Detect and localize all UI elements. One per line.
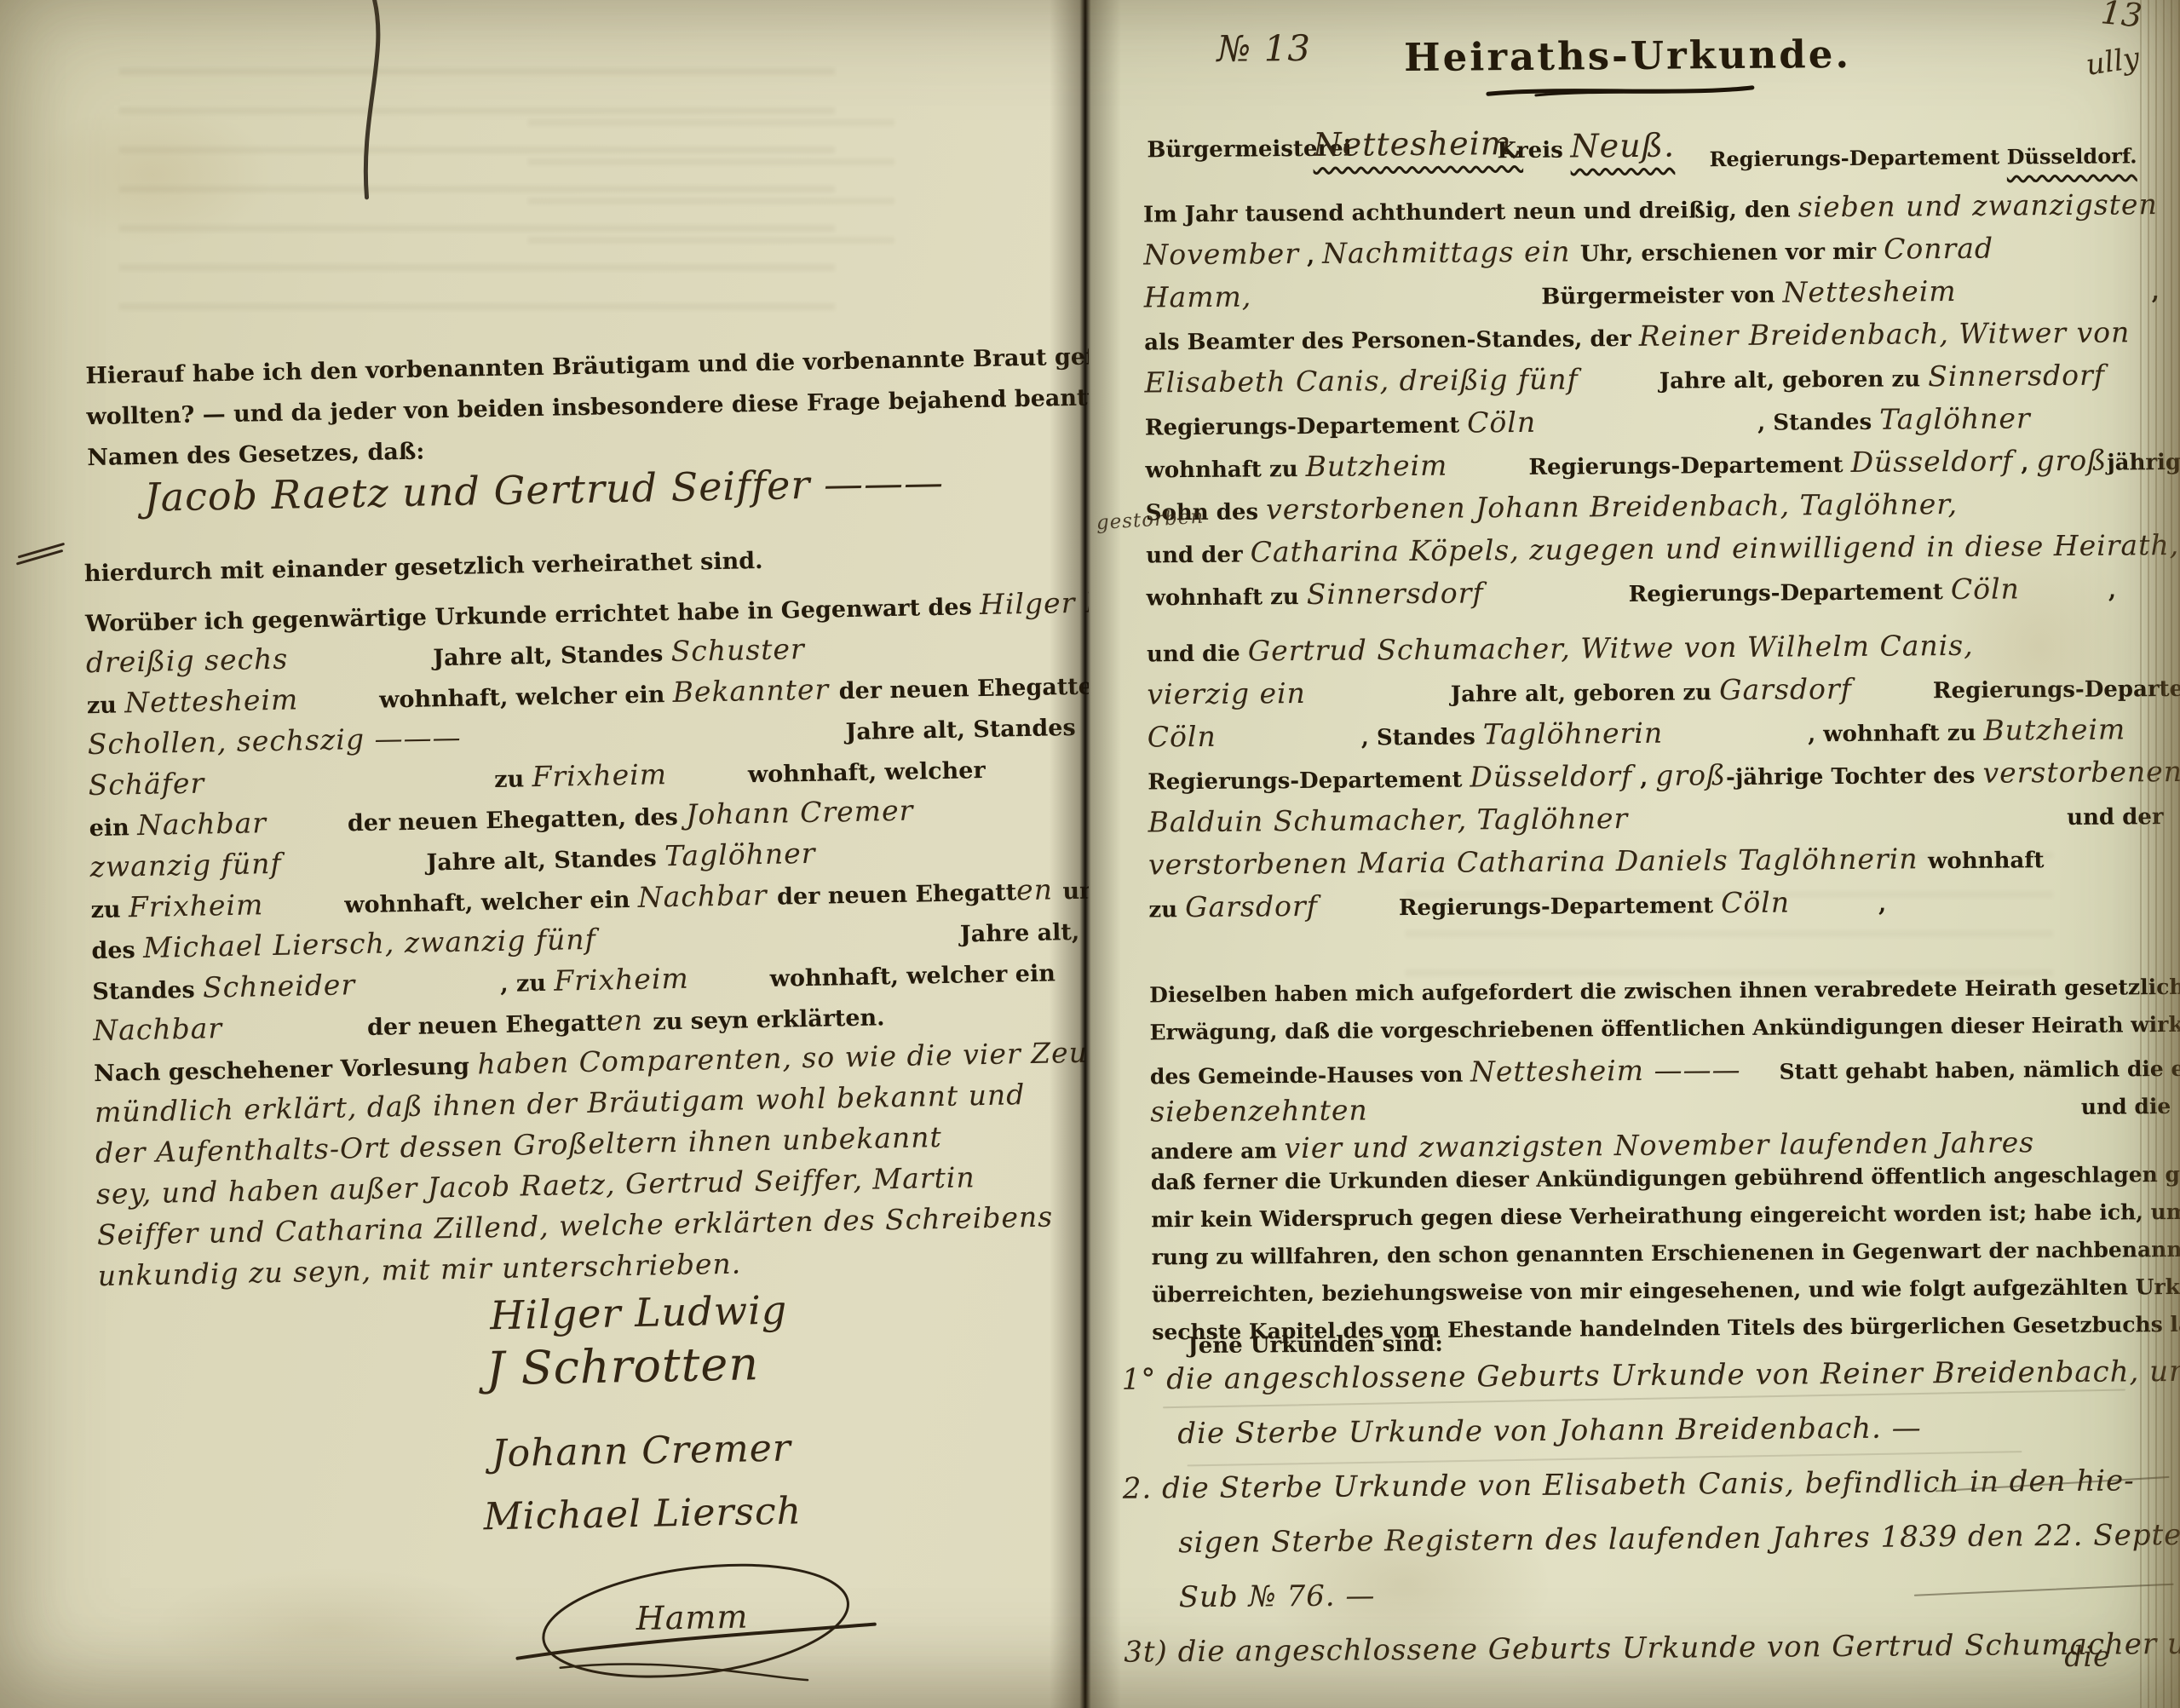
text-segment: Im Jahr tausend achthundert neun und dre… — [1143, 197, 1798, 227]
text-line: 3t) die angeschlossene Geburts Urkunde v… — [1124, 1627, 2171, 1690]
text-segment: Jahre alt, geboren zu — [1451, 680, 1720, 707]
text-line: 2. die Sterbe Urkunde von Elisabeth Cani… — [1123, 1464, 2171, 1527]
text-segment: Uhr, erschienen vor mir — [1580, 239, 1884, 267]
text-segment: vierzig ein — [1147, 676, 1306, 710]
text-segment: Cöln — [1951, 572, 2020, 606]
department-line: Regierungs-Departement Düsseldorf. — [1709, 143, 2137, 171]
text-segment: verstorbenen Johann Breidenbach, Taglöhn… — [1266, 487, 1958, 526]
text-segment: wohnhaft zu — [1145, 457, 1305, 483]
text-segment: Hamm, — [1144, 279, 1252, 313]
text-segment: Regierungs-Departement — [1528, 452, 1850, 480]
text-segment: , — [2152, 279, 2160, 305]
groom-paragraph: Im Jahr tausend achthundert neun und dre… — [1143, 187, 2162, 621]
text-segment: , Standes — [1361, 724, 1483, 750]
text-segment: 2. die Sterbe Urkunde von Elisabeth Cani… — [1123, 1464, 2135, 1505]
text-segment: , — [2013, 451, 2036, 476]
bleedthrough-texture — [1406, 835, 2053, 980]
text-segment: Sinnersdorf — [1928, 359, 2105, 394]
page-title: Heiraths-Urkunde. — [1337, 31, 1917, 80]
department-value: Düsseldorf. — [2007, 143, 2137, 169]
text-line: sigen Sterbe Registern des laufenden Jah… — [1178, 1518, 2171, 1580]
text-segment: Garsdorf — [1185, 889, 1318, 923]
text-segment: und die — [2081, 1094, 2171, 1119]
text-line: wohnhaft zu SinnersdorfRegierungs-Depart… — [1146, 571, 2161, 621]
text-segment: Regierungs-Departement — [1148, 767, 1470, 795]
text-segment: Sinnersdorf — [1307, 576, 1484, 611]
municipality-value: Nettesheim, — [1313, 124, 1523, 164]
text-segment: vier und zwanzigsten November laufenden … — [1284, 1125, 2034, 1165]
text-segment: des Gemeinde-Hauses von — [1150, 1061, 1470, 1089]
text-segment: -jährige Tochter des — [1726, 763, 1983, 791]
text-segment: , wohnhaft zu — [1808, 721, 1984, 748]
text-segment: , Standes — [1757, 410, 1879, 436]
text-segment: und die — [1147, 641, 1248, 668]
text-line: Sub № 76. — — [1179, 1573, 2171, 1635]
district-value: Neuß. — [1570, 127, 1675, 165]
district-label: Kreis — [1497, 138, 1563, 164]
text-segment: sieben und zwanzigsten — [1797, 187, 2157, 223]
text-segment: und der — [1146, 542, 1251, 568]
text-segment: Conrad — [1884, 232, 1993, 266]
record-number: № 13 — [1217, 27, 1311, 70]
corner-initials: ully — [2084, 41, 2142, 83]
text-segment: groß — [2036, 444, 2107, 478]
bleedthrough-texture — [528, 102, 894, 273]
text-segment: Nettesheim ——— — [1470, 1053, 1741, 1088]
text-segment: Balduin Schumacher, Taglöhner — [1148, 802, 1628, 838]
text-segment: Regierungs-Departement — [1933, 676, 2180, 704]
title-underline-flourish — [1485, 82, 1757, 101]
text-segment: wohnhaft zu — [1146, 584, 1306, 611]
text-segment: Regierungs-Departement — [1629, 579, 1951, 607]
text-line: 1° die angeschlossene Geburts Urkunde vo… — [1122, 1354, 2170, 1418]
text-segment: Cöln — [1148, 720, 1217, 754]
text-segment: die Sterbe Urkunde von Johann Breidenbac… — [1177, 1411, 1922, 1451]
document-scan: Hierauf habe ich den vorbenannten Bräuti… — [0, 0, 2180, 1708]
text-segment: Garsdorf — [1719, 672, 1852, 706]
text-segment: Jahre alt, geboren zu — [1659, 366, 1929, 394]
text-segment: jähriger — [2107, 450, 2180, 476]
text-segment: Gertrud Schumacher, Witwe von Wilhelm Ca… — [1248, 629, 1974, 668]
corner-page-number: 13 — [2099, 0, 2143, 35]
text-segment: Catharina Köpels, zugegen und einwillige… — [1250, 528, 2179, 569]
text-segment: , — [2101, 578, 2116, 604]
text-segment: Butzheim — [1983, 712, 2125, 746]
text-segment: und der — [2067, 804, 2164, 831]
text-segment: groß — [1655, 758, 1726, 792]
text-segment: Regierungs-Departement — [1145, 412, 1467, 440]
catchword: die — [2064, 1640, 2111, 1673]
text-segment: Reiner Breidenbach, Witwer von — [1639, 315, 2131, 353]
text-segment: siebenzehnten — [1150, 1093, 1368, 1128]
text-segment: Bürgermeister von — [1541, 283, 1783, 310]
text-segment: Düsseldorf — [1470, 759, 1632, 793]
text-segment: Statt gehabt haben, nämlich die erste am — [1779, 1055, 2180, 1084]
text-segment: Düsseldorf — [1850, 444, 2013, 478]
text-segment: Elisabeth Canis, dreißig fünf — [1144, 362, 1579, 399]
documents-heading: Jene Urkunden sind: — [1188, 1331, 1443, 1359]
text-segment: , — [1299, 244, 1322, 269]
text-segment: Taglöhnerin — [1483, 716, 1664, 751]
text-segment: Sub № 76. — — [1179, 1579, 1376, 1614]
text-segment: November — [1143, 237, 1299, 271]
text-segment: Butzheim — [1305, 449, 1447, 483]
text-segment: zu — [1148, 897, 1185, 923]
text-segment: , — [1632, 766, 1655, 791]
proclamation-paragraph: Dieselben haben mich aufgefordert die zw… — [1149, 975, 2172, 1357]
text-segment: Nettesheim — [1782, 274, 1956, 309]
text-segment: Taglöhner — [1879, 401, 2031, 435]
department-label: Regierungs-Departement — [1709, 145, 2006, 172]
text-segment: Cöln — [1467, 405, 1536, 440]
text-segment: als Beamter des Personen-Standes, der — [1144, 326, 1639, 356]
text-segment: Nachmittags ein — [1322, 234, 1580, 269]
text-segment: verstorbenen — [1982, 755, 2180, 790]
text-segment: andere am — [1151, 1138, 1285, 1164]
